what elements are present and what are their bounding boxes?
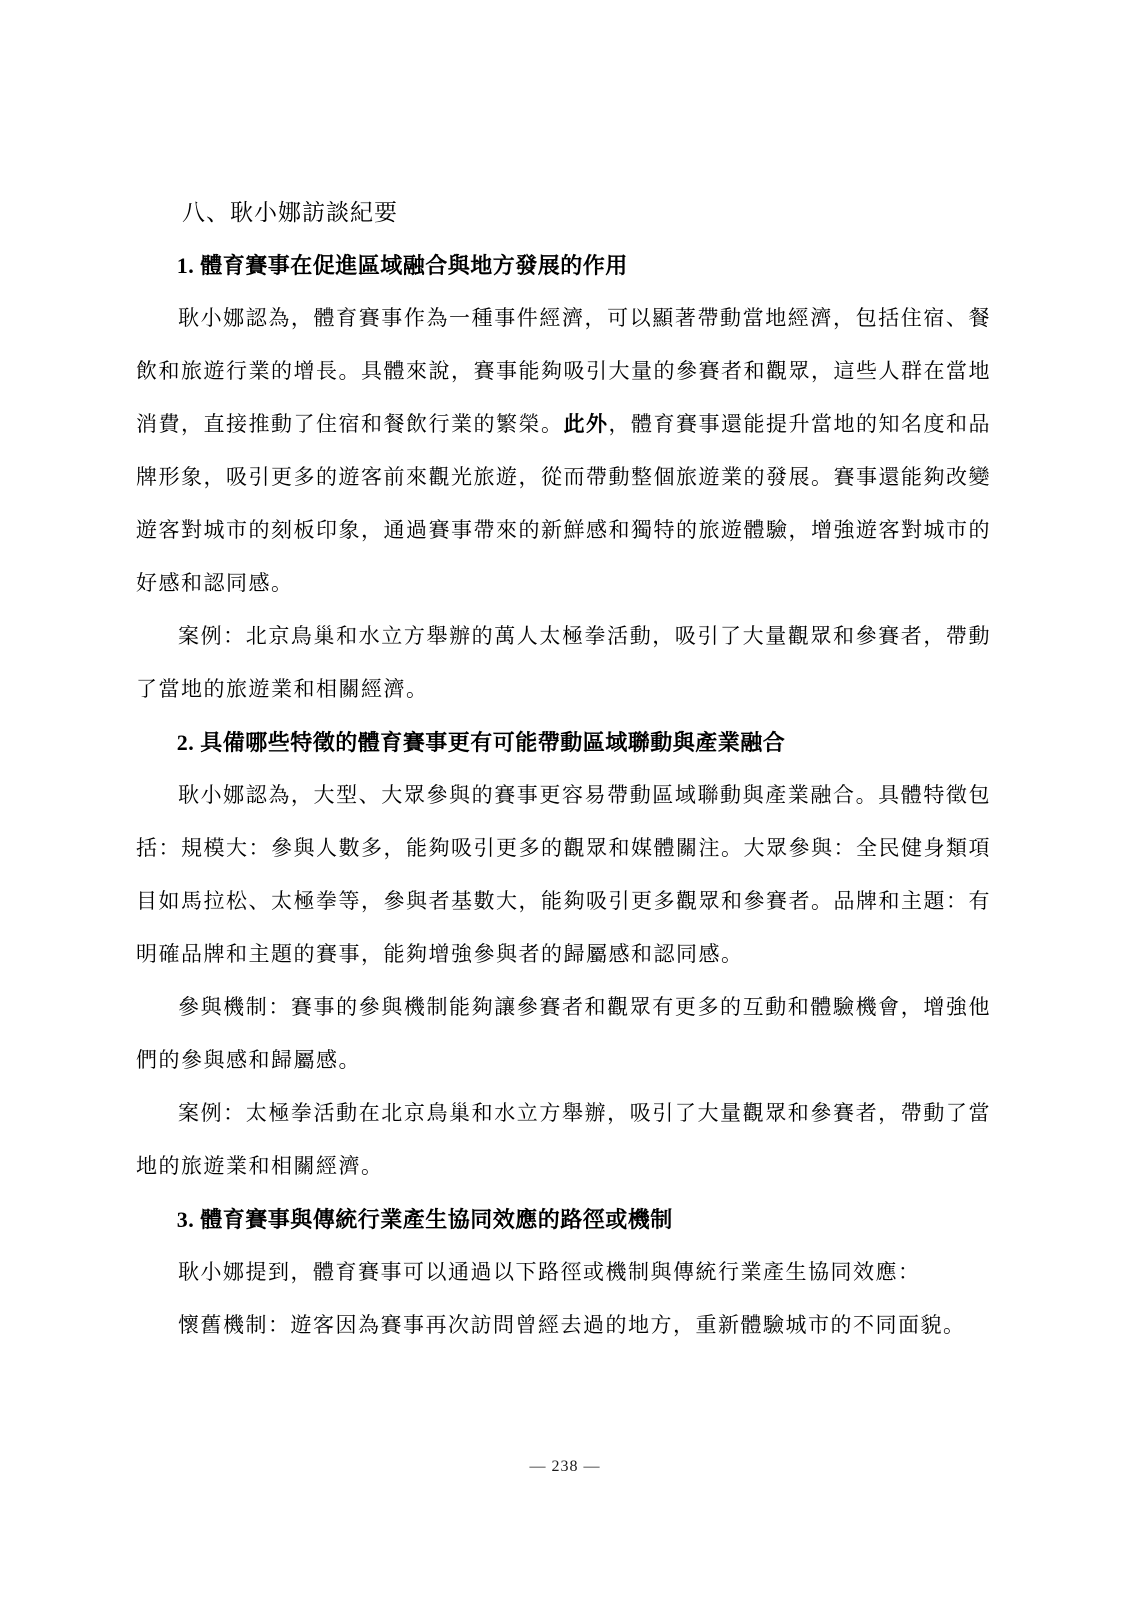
paragraph: 懷舊機制：遊客因為賽事再次訪問曾經去過的地方，重新體驗城市的不同面貌。 [136,1299,991,1352]
text-segment: ，體育賽事還能提升當地的知名度和品牌形象，吸引更多的遊客前來觀光旅遊，從而帶動整… [136,412,991,595]
section-heading: 2. 具備哪些特徵的體育賽事更有可能帶動區域聯動與產業融合 [136,716,991,769]
paragraph: 耿小娜認為，大型、大眾參與的賽事更容易帶動區域聯動與產業融合。具體特徵包括：規模… [136,769,991,981]
text-segment: 參與機制：賽事的參與機制能夠讓參賽者和觀眾有更多的互動和體驗機會，增強他們的參與… [136,995,991,1072]
text-segment: 案例：太極拳活動在北京鳥巢和水立方舉辦，吸引了大量觀眾和參賽者，帶動了當地的旅遊… [136,1101,991,1178]
text-segment: 懷舊機制：遊客因為賽事再次訪問曾經去過的地方，重新體驗城市的不同面貌。 [178,1313,966,1337]
document-page: 八、耿小娜訪談紀要 1. 體育賽事在促進區域融合與地方發展的作用耿小娜認為，體育… [0,0,1130,1600]
paragraph: 案例：北京鳥巢和水立方舉辦的萬人太極拳活動，吸引了大量觀眾和參賽者，帶動了當地的… [136,610,991,716]
paragraph: 耿小娜認為，體育賽事作為一種事件經濟，可以顯著帶動當地經濟，包括住宿、餐飲和旅遊… [136,292,991,610]
section-heading: 1. 體育賽事在促進區域融合與地方發展的作用 [136,239,991,292]
section-heading: 3. 體育賽事與傳統行業產生協同效應的路徑或機制 [136,1193,991,1246]
text-segment: 耿小娜認為，大型、大眾參與的賽事更容易帶動區域聯動與產業融合。具體特徵包括：規模… [136,783,991,966]
document-content: 八、耿小娜訪談紀要 1. 體育賽事在促進區域融合與地方發展的作用耿小娜認為，體育… [136,186,991,1352]
text-segment: 耿小娜提到，體育賽事可以通過以下路徑或機制與傳統行業產生協同效應： [178,1260,921,1284]
paragraph: 參與機制：賽事的參與機制能夠讓參賽者和觀眾有更多的互動和體驗機會，增強他們的參與… [136,981,991,1087]
text-segment: 案例：北京鳥巢和水立方舉辦的萬人太極拳活動，吸引了大量觀眾和參賽者，帶動了當地的… [136,624,991,701]
bold-text-segment: 此外 [564,412,609,436]
document-body: 1. 體育賽事在促進區域融合與地方發展的作用耿小娜認為，體育賽事作為一種事件經濟… [136,239,991,1352]
paragraph: 耿小娜提到，體育賽事可以通過以下路徑或機制與傳統行業產生協同效應： [136,1246,991,1299]
document-title: 八、耿小娜訪談紀要 [136,186,991,239]
paragraph: 案例：太極拳活動在北京鳥巢和水立方舉辦，吸引了大量觀眾和參賽者，帶動了當地的旅遊… [136,1087,991,1193]
page-number: — 238 — [0,1458,1130,1476]
